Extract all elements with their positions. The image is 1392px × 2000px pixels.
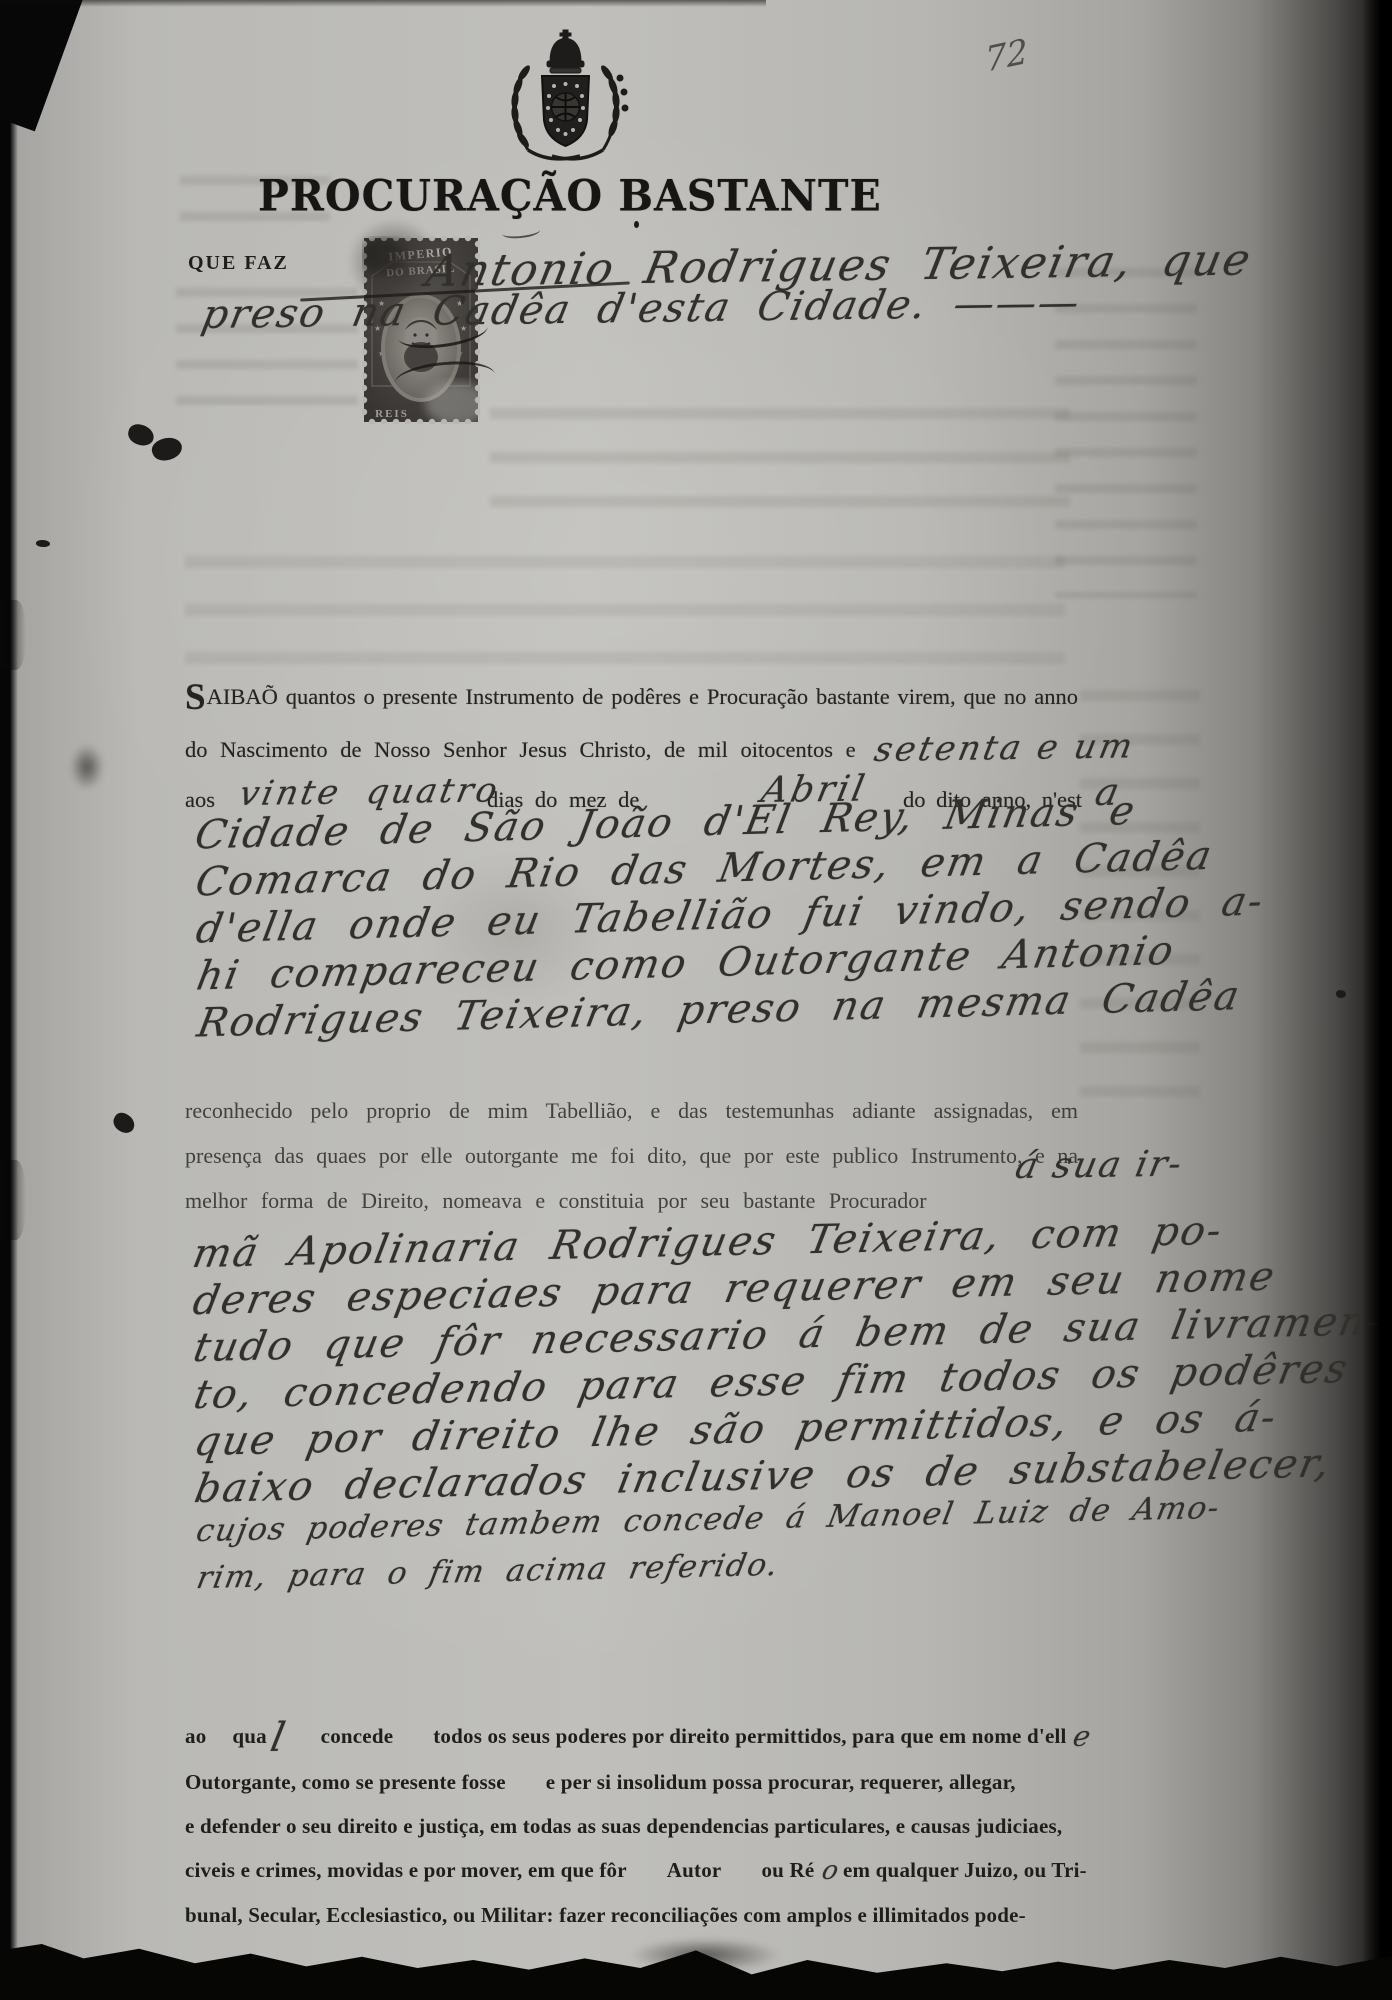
handwritten-powers-block: mã Apolinaria Rodrigues Teixeira, com po… — [188, 1221, 1376, 1607]
edge-smudge — [70, 744, 104, 790]
opening-line2-print: do Nascimento de Nosso Senhor Jesus Chri… — [185, 737, 856, 762]
que-faz-label: QUE FAZ — [188, 252, 289, 275]
ink-speck — [36, 540, 50, 547]
photo-edge-bump — [0, 1160, 26, 1240]
photo-corner-top-left — [0, 0, 89, 131]
handwritten-venue-block: Cidade de São João d'El Rey, Minas e Com… — [191, 800, 1258, 1048]
ink-speck — [110, 1110, 138, 1137]
powers-l1-p4: todos os seus poderes por direito permit… — [433, 1724, 1066, 1748]
opening-line1-text: AIBAÕ quantos o presente Instrumento de … — [207, 684, 1078, 709]
clause-line2: presença das quaes por elle outorgante m… — [185, 1133, 1078, 1178]
clause-hand-insert: á sua ir- — [1012, 1144, 1187, 1187]
powers-l4-p1: civeis e crimes, movidas e por mover, em… — [185, 1858, 627, 1882]
powers-l4-p3: ou Ré — [761, 1858, 814, 1882]
powers-l2-p2: e per si insolidum possa procurar, reque… — [546, 1770, 1016, 1794]
photo-edge-bump — [0, 600, 26, 670]
powers-line2: Outorgante, como se presente fossee per … — [185, 1760, 1080, 1804]
clause-line1: reconhecido pelo proprio de mim Tabelliã… — [185, 1088, 1078, 1133]
opening-line1: SAIBAÕ quantos o presente Instrumento de… — [185, 672, 1078, 723]
ink-speck — [149, 434, 185, 465]
powers-l4-hand: o — [818, 1849, 843, 1893]
bleedthrough-texture — [490, 408, 1070, 526]
powers-l1-hand2: e — [1069, 1715, 1095, 1759]
title-flourish — [501, 224, 540, 240]
bleedthrough-texture — [185, 556, 1065, 668]
powers-paragraph: aoqualconcedetodos os seus poderes por d… — [185, 1714, 1080, 1937]
powers-line4: civeis e crimes, movidas e por mover, em… — [185, 1848, 1080, 1893]
photo-edge-top — [0, 0, 766, 7]
folio-number: 72 — [984, 31, 1029, 80]
powers-l4-p2: Autor — [667, 1858, 722, 1882]
ink-speck — [126, 422, 156, 448]
powers-line3: e defender o seu direito e justiça, em t… — [185, 1804, 1080, 1848]
document-title: PROCURAÇÃO BASTANTE — [258, 171, 870, 221]
drop-cap: S — [185, 677, 207, 718]
clause-paragraph: reconhecido pelo proprio de mim Tabelliã… — [185, 1088, 1078, 1223]
powers-l1-hand1: l — [267, 1716, 290, 1760]
photo-edge-left — [0, 0, 18, 2000]
powers-l1-p2: qua — [232, 1724, 266, 1748]
powers-l2-p1: Outorgante, como se presente fosse — [185, 1770, 506, 1794]
powers-l1-p3: concede — [321, 1724, 394, 1748]
powers-line5: bunal, Secular, Ecclesiastico, ou Milita… — [185, 1893, 1080, 1937]
imperial-coat-of-arms-icon — [490, 28, 642, 174]
powers-line1: aoqualconcedetodos os seus poderes por d… — [185, 1714, 1080, 1760]
year-handwriting: setenta e um — [870, 721, 1140, 775]
photo-edge-right — [1362, 0, 1392, 2000]
ink-speck — [1336, 990, 1346, 998]
document-scan: 72 — [0, 0, 1392, 2000]
stamp-value: REIS — [375, 408, 409, 420]
ink-drop — [634, 221, 639, 228]
powers-l4-p4: em qualquer Juizo, ou Tri- — [843, 1858, 1087, 1882]
powers-l1-p1: ao — [185, 1724, 206, 1748]
